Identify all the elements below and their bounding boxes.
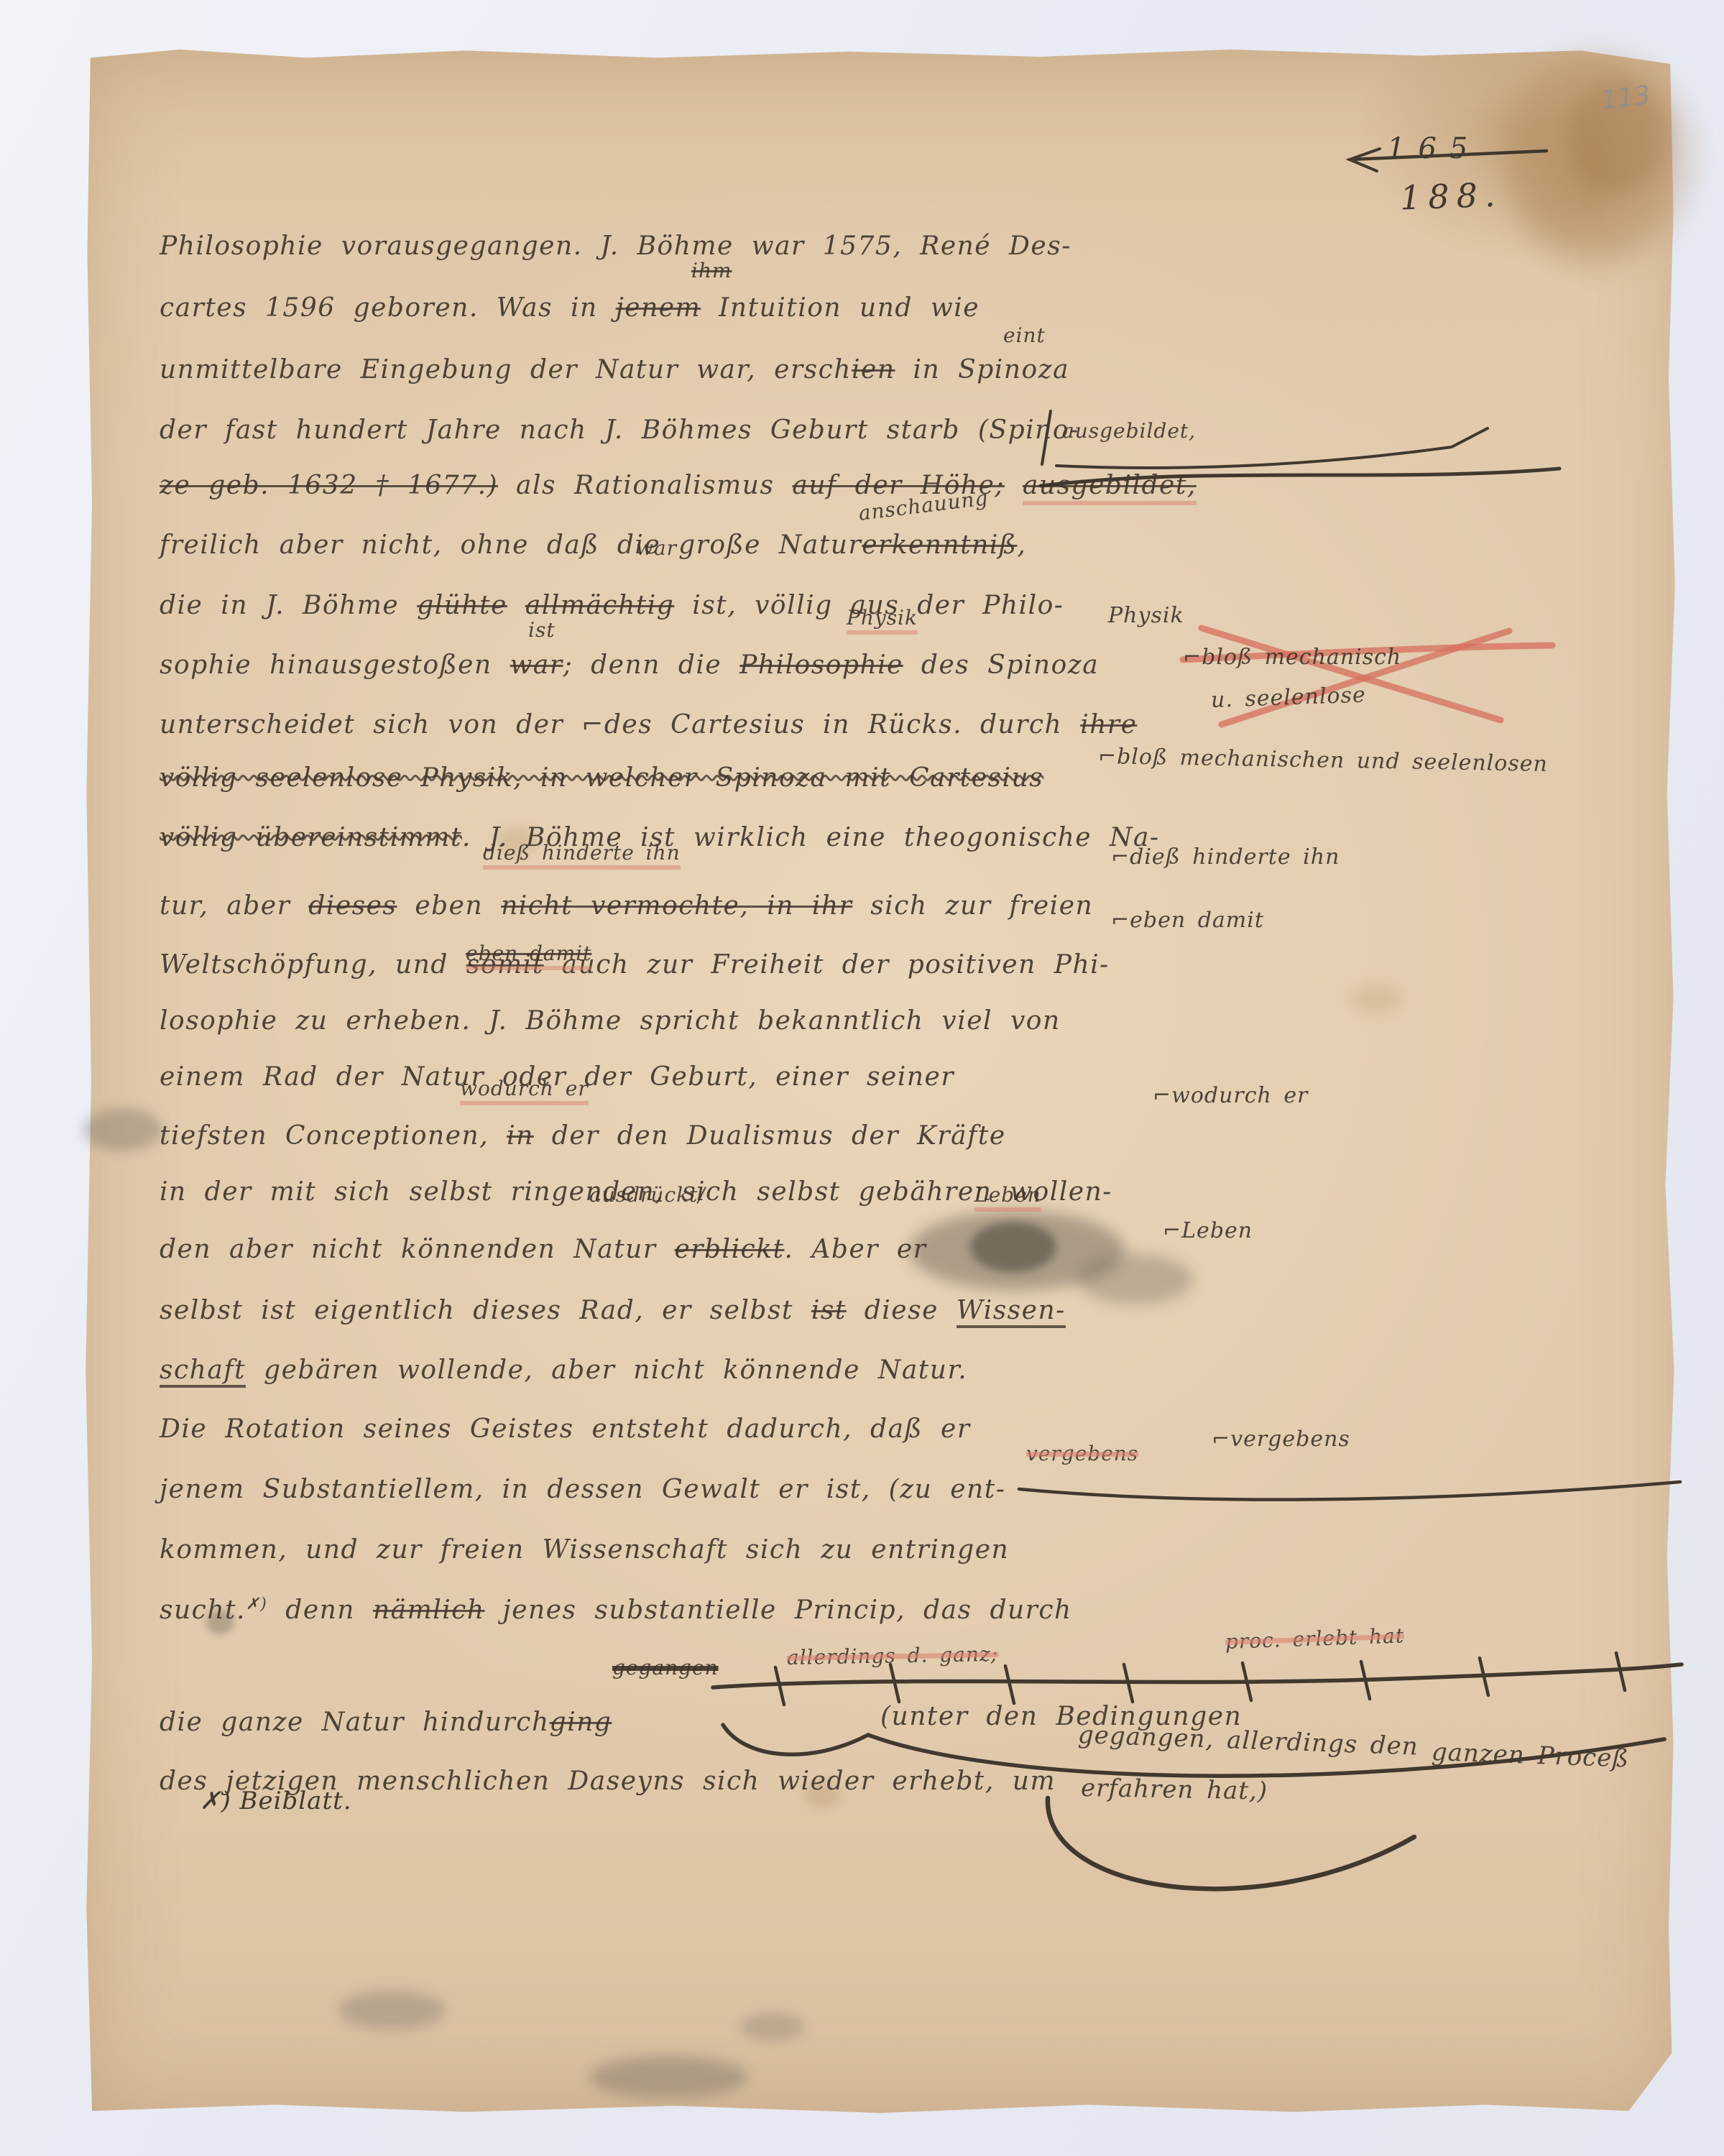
- margin-note: ⌐wodurch er: [1153, 1084, 1309, 1107]
- text-segment: ⌐bloß mechanisch: [1183, 645, 1401, 670]
- text-segment: u. seelenlose: [1210, 682, 1366, 713]
- text-segment: ⌐eben damit: [1111, 908, 1264, 933]
- margin-note: ⌐Leben: [1163, 1219, 1253, 1243]
- text-segment: ⌐dieß hinderte ihn: [1111, 844, 1340, 870]
- margin-note: ⌐bloß mechanischen und seelenlosen: [1098, 745, 1548, 776]
- text-segment: ⌐vergebens: [1212, 1427, 1350, 1452]
- margin-annotations: Physik⌐bloß mechanischu. seelenlose⌐bloß…: [0, 0, 1724, 2156]
- margin-note: ⌐dieß hinderte ihn: [1111, 845, 1340, 869]
- text-segment: Physik: [1108, 603, 1184, 628]
- margin-note: Physik: [1108, 604, 1184, 627]
- text-segment: ⌐Leben: [1163, 1218, 1253, 1243]
- margin-note: u. seelenlose: [1210, 683, 1366, 712]
- margin-note: ⌐vergebens: [1212, 1427, 1350, 1451]
- footnote: ✗) Beiblatt.: [200, 1787, 352, 1815]
- margin-note: ⌐bloß mechanisch: [1183, 645, 1401, 669]
- text-segment: ⌐wodurch er: [1153, 1083, 1309, 1108]
- margin-note: ⌐eben damit: [1111, 908, 1264, 932]
- text-segment: ⌐bloß mechanischen und seelenlosen: [1098, 744, 1548, 777]
- scanned-document-view: { "document": { "kind": "handwritten man…: [0, 0, 1724, 2156]
